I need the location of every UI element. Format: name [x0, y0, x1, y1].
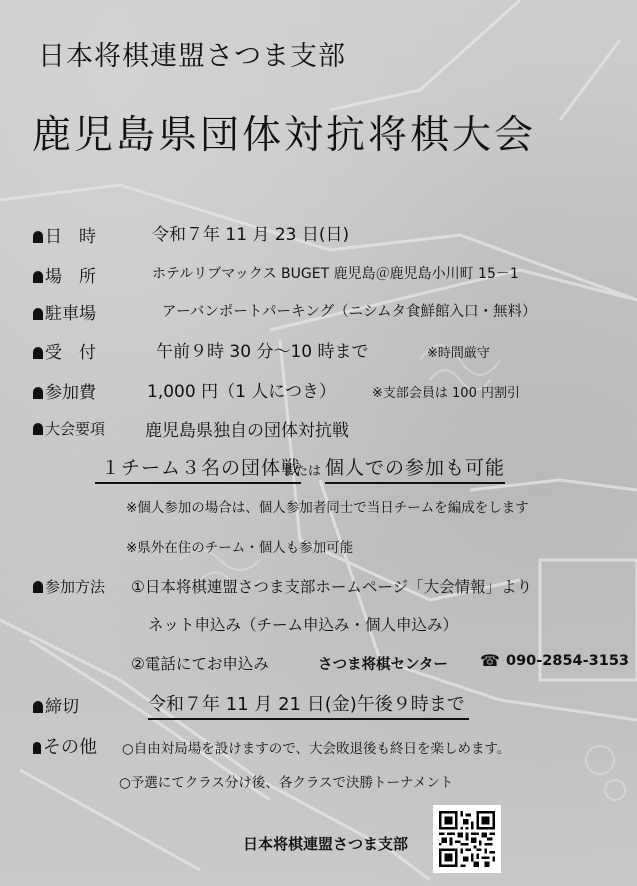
method-phone: ②電話にてお申込み	[131, 652, 269, 674]
fee-row: 参加費	[33, 378, 96, 403]
other-free-play: ○自由対局場を設けますので、大会敗退後も終日を楽しめます。	[122, 737, 510, 757]
overview-value: 鹿児島県独自の団体対抗戦	[145, 416, 349, 441]
parking-label: 駐車場	[45, 299, 96, 324]
shogi-piece-icon	[33, 231, 43, 243]
or-connector: または	[282, 460, 321, 479]
shogi-piece-icon	[33, 308, 43, 320]
phone-icon: ☎	[480, 651, 500, 670]
date-label: 日 時	[45, 222, 96, 247]
overview-row: 大会要項	[33, 418, 105, 439]
overview-note-out-of-prefecture: ※県外在住のチーム・個人も参加可能	[126, 536, 353, 556]
reception-row: 受 付	[33, 338, 96, 363]
event-title: 鹿児島県団体対抗将棋大会	[32, 104, 536, 160]
individual-format: 個人での参加も可能	[325, 453, 505, 484]
method-label: 参加方法	[45, 576, 105, 597]
reception-label: 受 付	[45, 338, 96, 363]
method-online: ①日本将棋連盟さつま支部ホームページ「大会情報」より	[131, 575, 532, 597]
parking-row: 駐車場	[33, 299, 96, 324]
parking-value: アーバンポートパーキング（ニシムタ食鮮館入口・無料）	[162, 300, 537, 321]
shogi-piece-icon	[33, 347, 43, 359]
venue-label: 場 所	[45, 262, 96, 287]
fee-value: 1,000 円（1 人につき）	[147, 377, 336, 402]
shogi-center-name: さつま将棋センター	[318, 653, 448, 674]
overview-label: 大会要項	[45, 418, 105, 439]
shogi-piece-icon	[33, 742, 41, 754]
other-label: その他	[43, 733, 97, 759]
shogi-piece-icon	[33, 271, 43, 283]
team-format: １チーム３名の団体戦	[95, 453, 301, 484]
qr-code[interactable]	[433, 805, 501, 873]
shogi-piece-icon	[33, 423, 43, 435]
fee-label: 参加費	[45, 378, 96, 403]
shogi-piece-icon	[33, 387, 43, 399]
venue-value: ホテルリブマックス BUGET 鹿児島＠鹿児島小川町 15－1	[152, 263, 519, 283]
method-row: 参加方法	[33, 576, 105, 597]
phone-number: 090-2854-3153	[506, 653, 629, 669]
method-online-detail: ネット申込み（チーム申込み・個人申込み）	[148, 613, 458, 635]
other-tournament-format: ○予選にてクラス分け後、各クラスで決勝トーナメント	[119, 771, 453, 791]
other-row: その他	[33, 733, 97, 759]
footer-organizer: 日本将棋連盟さつま支部	[243, 833, 408, 854]
shogi-piece-icon	[33, 701, 43, 713]
deadline-label: 締切	[45, 692, 79, 717]
date-value: 令和７年 11 月 23 日(日)	[152, 220, 349, 245]
reception-note: ※時間厳守	[427, 342, 490, 361]
overview-note-individual: ※個人参加の場合は、個人参加者同士で当日チームを編成をします	[126, 496, 529, 516]
organizer-heading: 日本将棋連盟さつま支部	[38, 34, 346, 73]
date-row: 日 時	[33, 222, 96, 247]
fee-note: ※支部会員は 100 円割引	[372, 382, 520, 401]
venue-row: 場 所	[33, 262, 96, 287]
deadline-row: 締切	[33, 692, 79, 717]
reception-value: 午前９時 30 分～10 時まで	[156, 337, 368, 362]
deadline-value: 令和７年 11 月 21 日(金)午後９時まで	[148, 690, 469, 720]
shogi-piece-icon	[33, 581, 43, 593]
